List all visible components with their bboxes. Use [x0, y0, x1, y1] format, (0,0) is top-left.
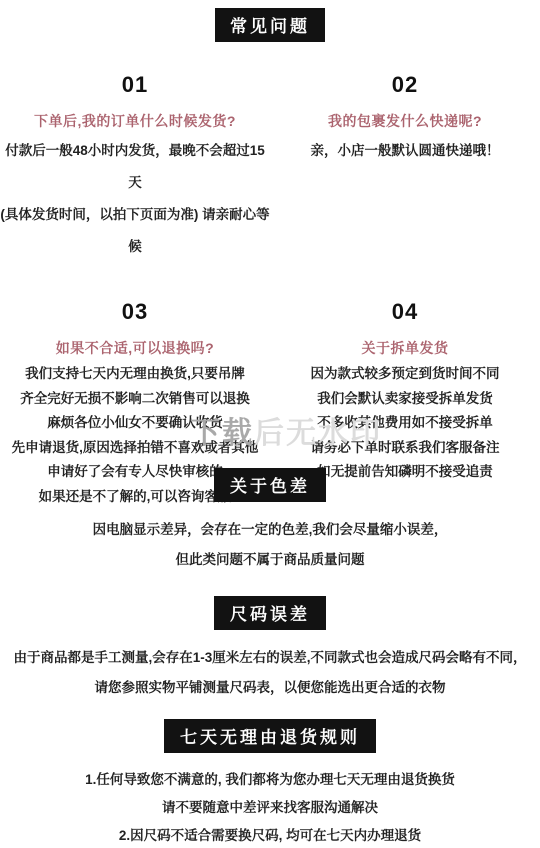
faq-answers: 因为款式较多预定到货时间不同 我们会默认卖家接受拆单发货 不多收其他费用如不接受… — [270, 362, 540, 485]
faq-question: 我的包裹发什么快递呢? — [270, 111, 540, 131]
faq-answer-line: 我们会默认卖家接受拆单发货 — [270, 387, 540, 412]
faq-page: 常见问题 01 下单后,我的订单什么时候发货? 付款后一般48小时内发货，最晚不… — [0, 0, 540, 848]
section-body: 因电脑显示差异，会存在一定的色差,我们会尽量缩小误差， 但此类问题不属于商品质量… — [0, 515, 540, 575]
section-body: 由于商品都是手工测量,会存在1-3厘米左右的误差,不同款式也会造成尺码会略有不同… — [0, 643, 540, 703]
faq-answer-line: (具体发货时间，以拍下页面为准) 请亲耐心等候 — [0, 199, 270, 263]
section-title: 七天无理由退货规则 — [180, 728, 360, 747]
page-title-label: 常见问题 — [230, 17, 310, 36]
faq-number: 02 — [270, 72, 540, 98]
page-title: 常见问题 — [215, 8, 325, 42]
notice-line: 1.任何导致您不满意的, 我们都将为您办理七天无理由退货换货 — [0, 766, 540, 794]
faq-number: 01 — [0, 72, 270, 98]
faq-item-02: 02 我的包裹发什么快递呢? 亲，小店一般默认圆通快递哦！ — [270, 72, 540, 263]
section-title-box: 七天无理由退货规则 — [164, 719, 376, 753]
faq-answer-line: 请务必下单时联系我们客服备注 — [270, 436, 540, 461]
faq-answer-line: 齐全完好无损不影响二次销售可以退换 — [0, 387, 270, 412]
faq-item-01: 01 下单后,我的订单什么时候发货? 付款后一般48小时内发货，最晚不会超过15… — [0, 72, 270, 263]
faq-answers: 付款后一般48小时内发货，最晚不会超过15天 (具体发货时间，以拍下页面为准) … — [0, 135, 270, 263]
notice-line: 请您参照实物平铺测量尺码表，以便您能选出更合适的衣物 — [0, 673, 540, 703]
section-title: 关于色差 — [230, 477, 310, 496]
faq-grid: 01 下单后,我的订单什么时候发货? 付款后一般48小时内发货，最晚不会超过15… — [0, 72, 540, 509]
section-size-error: 尺码误差 由于商品都是手工测量,会存在1-3厘米左右的误差,不同款式也会造成尺码… — [0, 596, 540, 703]
section-title: 尺码误差 — [230, 605, 310, 624]
notice-line: 请不要随意中差评来找客服沟通解决 — [0, 794, 540, 822]
section-title-box: 关于色差 — [214, 468, 326, 502]
faq-answers: 亲，小店一般默认圆通快递哦！ — [270, 135, 540, 167]
faq-answer-line: 因为款式较多预定到货时间不同 — [270, 362, 540, 387]
faq-answer-line: 付款后一般48小时内发货，最晚不会超过15天 — [0, 135, 270, 199]
faq-answer-line: 不多收其他费用如不接受拆单 — [270, 411, 540, 436]
faq-number: 03 — [0, 299, 270, 325]
faq-number: 04 — [270, 299, 540, 325]
notice-line: 由于商品都是手工测量,会存在1-3厘米左右的误差,不同款式也会造成尺码会略有不同… — [0, 643, 540, 673]
faq-question: 如果不合适,可以退换吗? — [0, 338, 270, 358]
faq-answer-line: 亲，小店一般默认圆通快递哦！ — [270, 135, 540, 167]
faq-answer-line: 我们支持七天内无理由换货,只要吊牌 — [0, 362, 270, 387]
section-return-rules: 七天无理由退货规则 1.任何导致您不满意的, 我们都将为您办理七天无理由退货换货… — [0, 719, 540, 848]
section-color-difference: 关于色差 因电脑显示差异，会存在一定的色差,我们会尽量缩小误差， 但此类问题不属… — [0, 468, 540, 575]
faq-question: 关于拆单发货 — [270, 338, 540, 358]
section-title-box: 尺码误差 — [214, 596, 326, 630]
faq-answer-line: 麻烦各位小仙女不要确认收货 — [0, 411, 270, 436]
notice-line: 2.因尺码不适合需要换尺码, 均可在七天内办理退货 — [0, 822, 540, 848]
notice-line: 但此类问题不属于商品质量问题 — [0, 545, 540, 575]
faq-question: 下单后,我的订单什么时候发货? — [0, 111, 270, 131]
notice-line: 因电脑显示差异，会存在一定的色差,我们会尽量缩小误差， — [0, 515, 540, 545]
faq-answer-line: 先申请退货,原因选择拍错不喜欢或者其他 — [0, 436, 270, 461]
section-body: 1.任何导致您不满意的, 我们都将为您办理七天无理由退货换货 请不要随意中差评来… — [0, 766, 540, 848]
